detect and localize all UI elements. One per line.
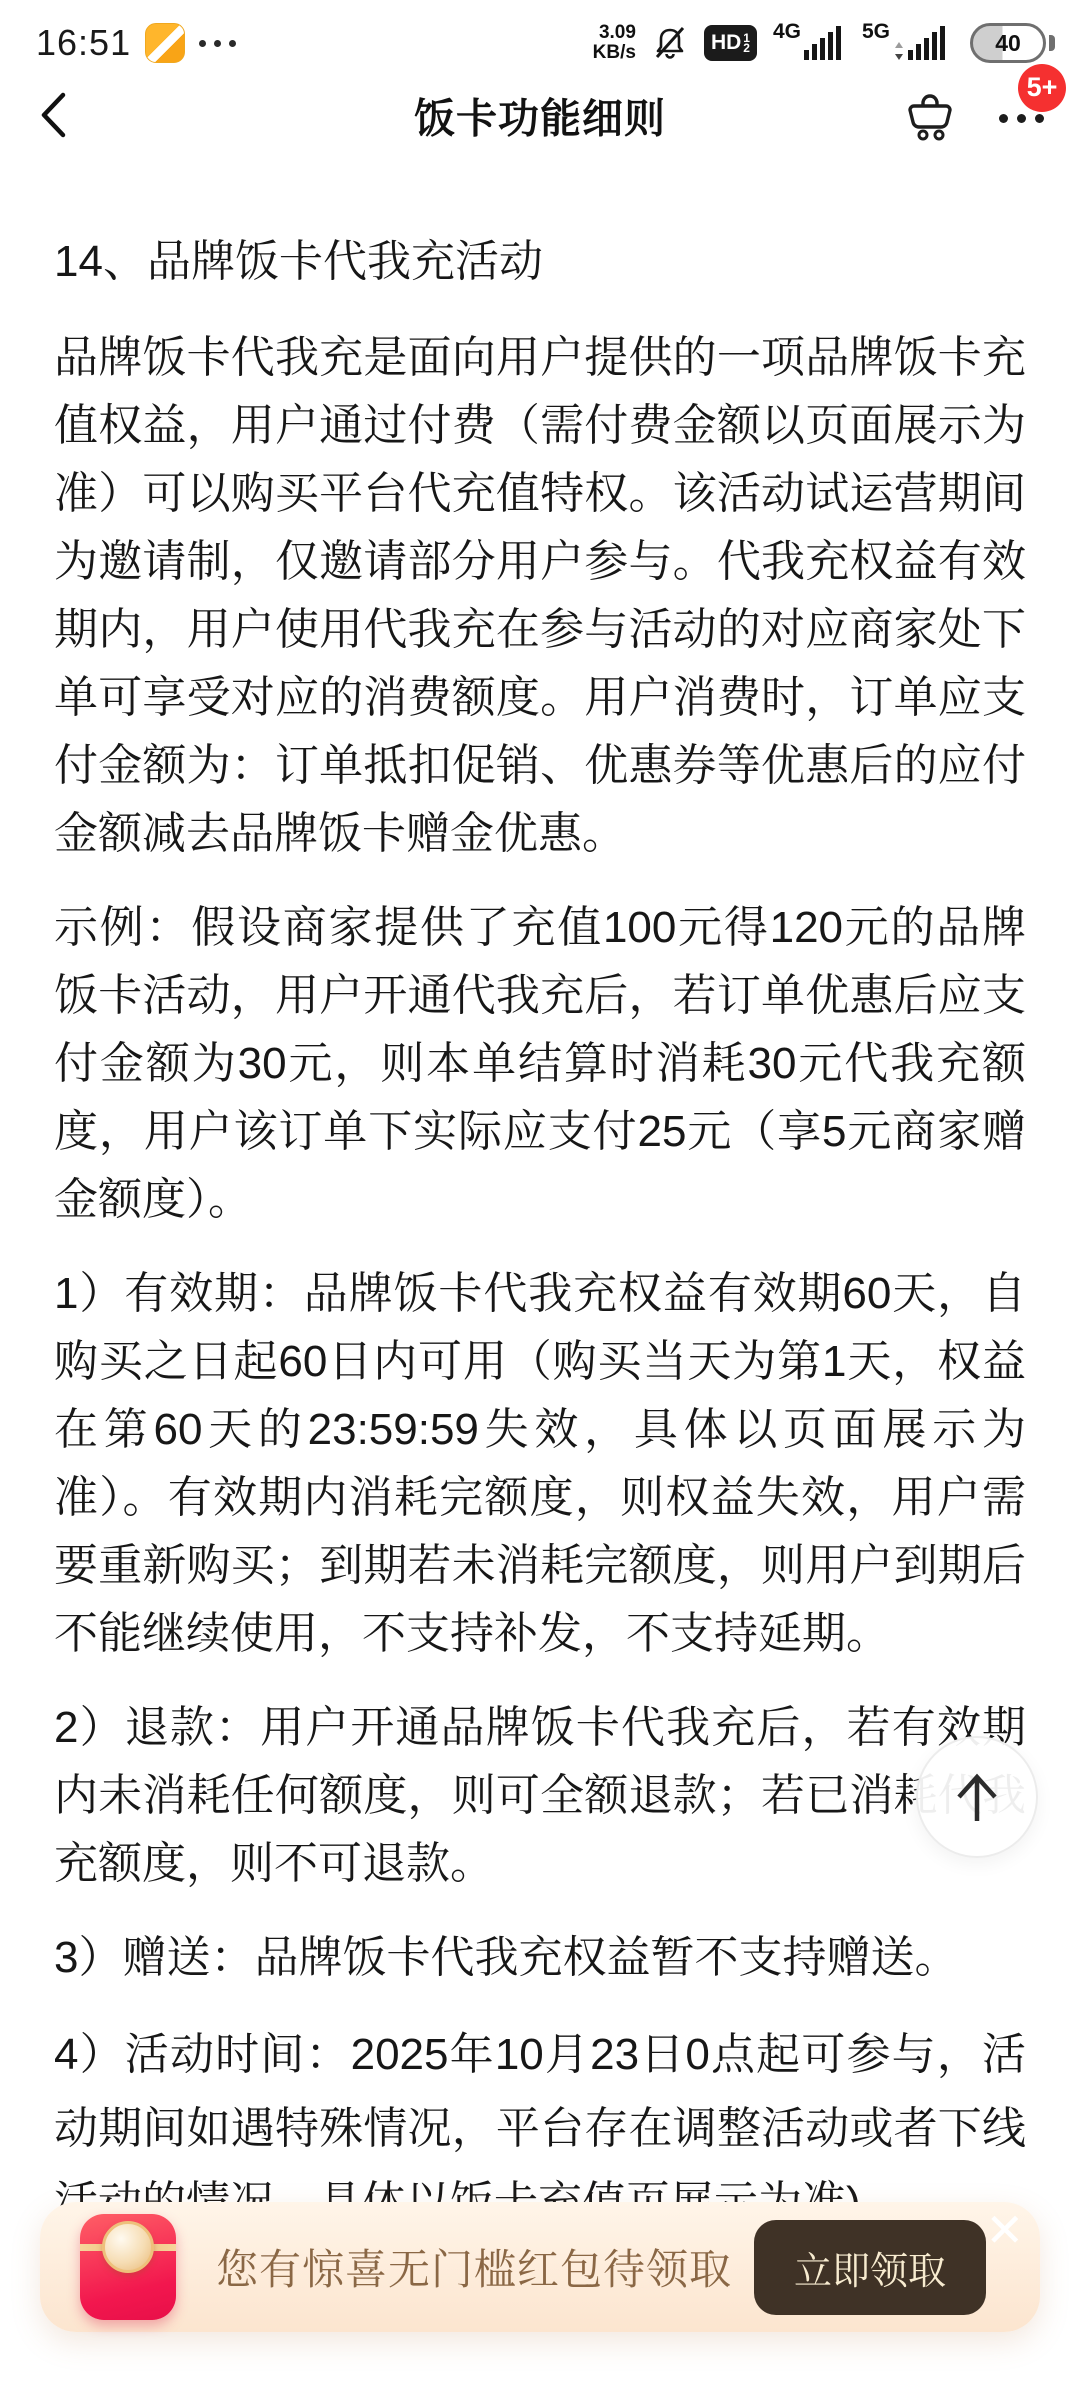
network-speed: 3.09 KB/s [593,23,636,63]
more-icon [999,114,1044,123]
red-envelope-icon [80,2214,176,2320]
paragraph-example: 示例：假设商家提供了充值100元得120元的品牌饭卡活动，用户开通代我充后，若订… [54,894,1026,1234]
paragraph-intro: 品牌饭卡代我充是面向用户提供的一项品牌饭卡充值权益，用户通过付费（需付费金额以页… [54,324,1026,868]
back-to-top-button[interactable] [916,1736,1038,1858]
battery-icon: 40 [970,23,1046,63]
signal-5g: 5G [862,26,950,60]
volte-hd-icon: HD 1 2 [704,25,757,61]
claim-now-button[interactable]: 立即领取 [754,2220,986,2315]
rules-document: 14、品牌饭卡代我充活动 品牌饭卡代我充是面向用户提供的一项品牌饭卡充值权益，用… [0,158,1080,2240]
cart-badge: 5+ [1018,64,1066,112]
data-arrows-icon [893,26,905,60]
arrow-up-icon [950,1767,1004,1827]
signal-bars-5g-icon [908,26,950,60]
section-heading: 14、品牌饭卡代我充活动 [54,228,1026,296]
paragraph-validity: 1）有效期：品牌饭卡代我充权益有效期60天，自购买之日起60日内可用（购买当天为… [54,1260,1026,1668]
floating-window-icon [145,23,185,63]
more-menu[interactable]: 5+ [999,108,1044,123]
notification-dots-icon [199,40,236,47]
red-packet-banner: 您有惊喜无门槛红包待领取 立即领取 ✕ [40,2202,1040,2332]
status-bar: 16:51 3.09 KB/s HD 1 2 4G [0,0,1080,72]
mute-vibrate-icon [652,25,688,61]
back-icon[interactable] [36,89,72,141]
signal-4g: 4G [773,26,846,60]
nav-bar: 饭卡功能细则 5+ [0,72,1080,158]
paragraph-gift: 3）赠送：品牌饭卡代我充权益暂不支持赠送。 [54,1924,1026,1992]
banner-message: 您有惊喜无门槛红包待领取 [216,2237,754,2297]
clock-time: 16:51 [36,22,131,64]
paragraph-refund: 2）退款：用户开通品牌饭卡代我充后，若有效期内未消耗任何额度，则可全额退款；若已… [54,1694,1026,1898]
signal-bars-4g-icon [804,26,846,60]
cart-icon[interactable] [901,86,959,144]
page-title: 饭卡功能细则 [414,86,666,145]
close-icon[interactable]: ✕ [985,2204,1024,2256]
